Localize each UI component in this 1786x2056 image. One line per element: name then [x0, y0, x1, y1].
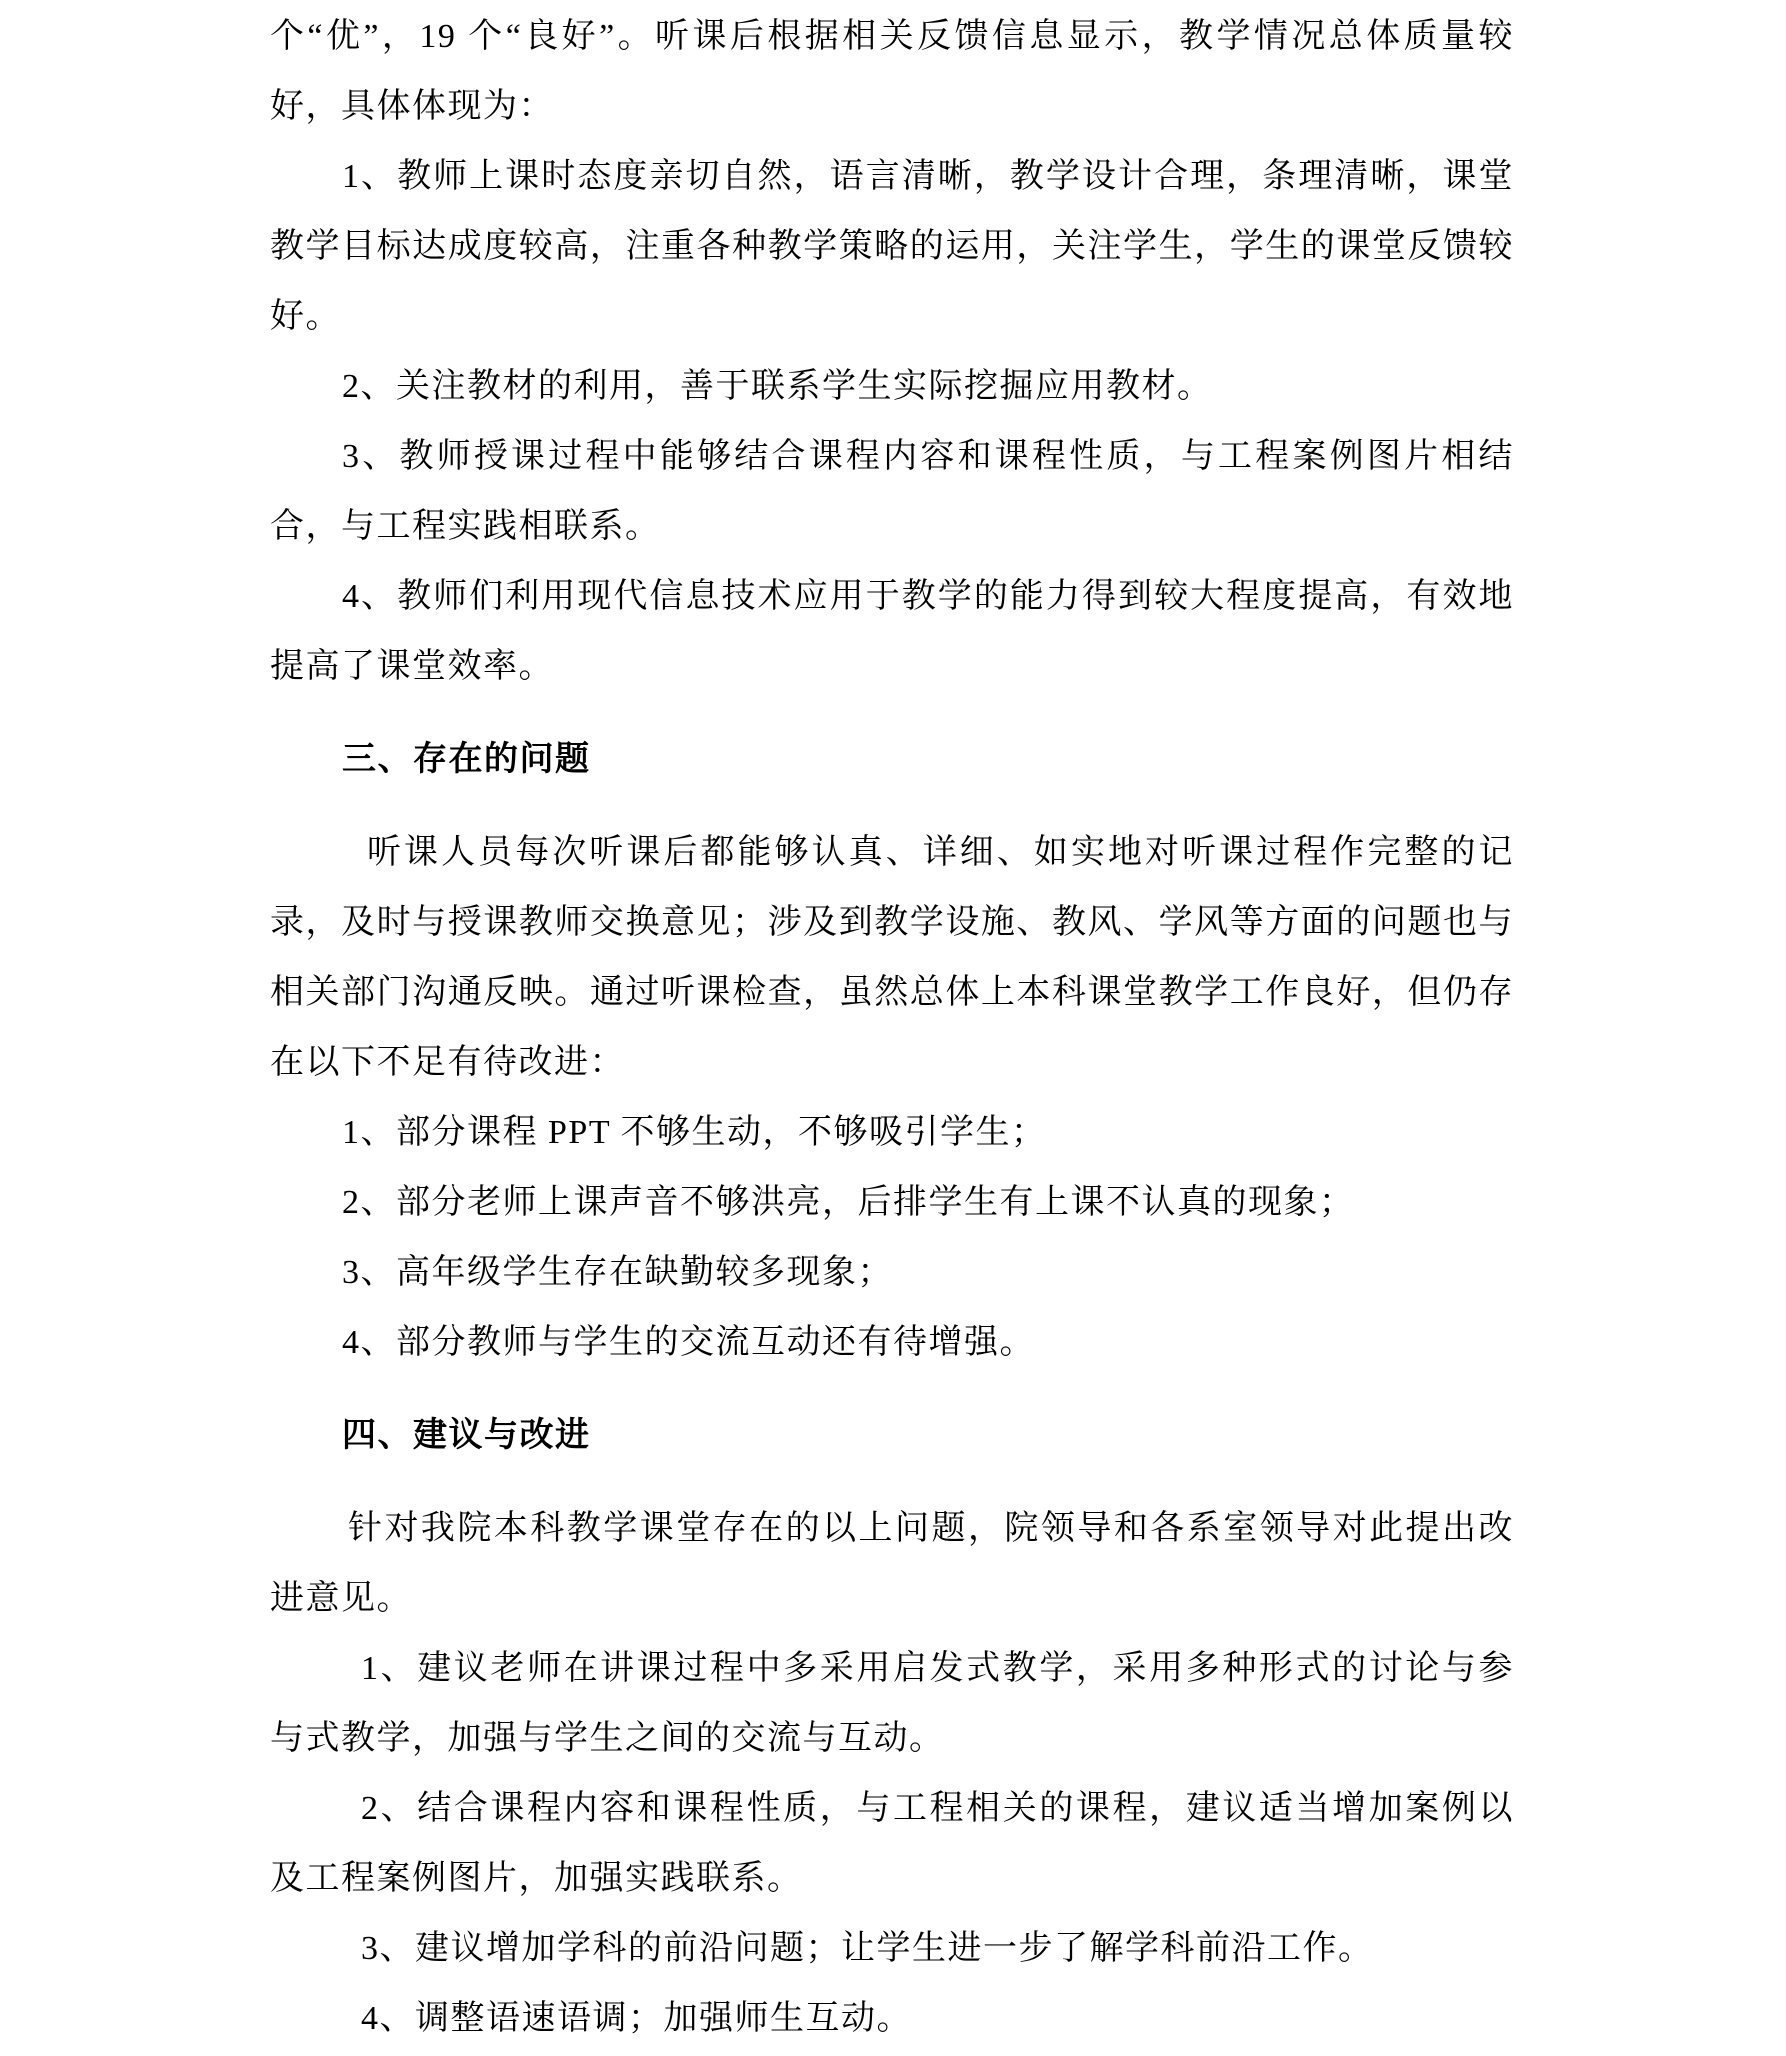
- list-item-strength-4: 4、教师们利用现代信息技术应用于教学的能力得到较大程度提高，有效地提高了课堂效率…: [270, 562, 1514, 702]
- list-item-suggestion-2: 2、结合课程内容和课程性质，与工程相关的课程，建议适当增加案例以及工程案例图片，…: [270, 1774, 1514, 1914]
- section-heading-suggestions: 四、建议与改进: [270, 1401, 1514, 1471]
- list-item-strength-1: 1、教师上课时态度亲切自然，语言清晰，教学设计合理，条理清晰，课堂教学目标达成度…: [270, 142, 1514, 352]
- list-item-strength-3: 3、教师授课过程中能够结合课程内容和课程性质，与工程案例图片相结合，与工程实践相…: [270, 422, 1514, 562]
- list-item-suggestion-1: 1、建议老师在讲课过程中多采用启发式教学，采用多种形式的讨论与参与式教学，加强与…: [270, 1634, 1514, 1774]
- section-heading-problems: 三、存在的问题: [270, 725, 1514, 795]
- list-item-problem-2: 2、部分老师上课声音不够洪亮，后排学生有上课不认真的现象；: [270, 1168, 1514, 1238]
- list-item-problem-4: 4、部分教师与学生的交流互动还有待增强。: [270, 1308, 1514, 1378]
- paragraph-overview-continuation: 个“优”，19 个“良好”。听课后根据相关反馈信息显示，教学情况总体质量较好，具…: [270, 2, 1514, 142]
- list-item-strength-2: 2、关注教材的利用，善于联系学生实际挖掘应用教材。: [270, 352, 1514, 422]
- paragraph-suggestions-intro: 针对我院本科教学课堂存在的以上问题，院领导和各系室领导对此提出改进意见。: [270, 1494, 1514, 1634]
- list-item-problem-3: 3、高年级学生存在缺勤较多现象；: [270, 1238, 1514, 1308]
- list-item-suggestion-4: 4、调整语速语调；加强师生互动。: [270, 1984, 1514, 2054]
- paragraph-problems-intro: 听课人员每次听课后都能够认真、详细、如实地对听课过程作完整的记录，及时与授课教师…: [270, 818, 1514, 1098]
- document-page: 个“优”，19 个“良好”。听课后根据相关反馈信息显示，教学情况总体质量较好，具…: [0, 0, 1786, 2056]
- list-item-suggestion-3: 3、建议增加学科的前沿问题；让学生进一步了解学科前沿工作。: [270, 1914, 1514, 1984]
- list-item-problem-1: 1、部分课程 PPT 不够生动，不够吸引学生；: [270, 1098, 1514, 1168]
